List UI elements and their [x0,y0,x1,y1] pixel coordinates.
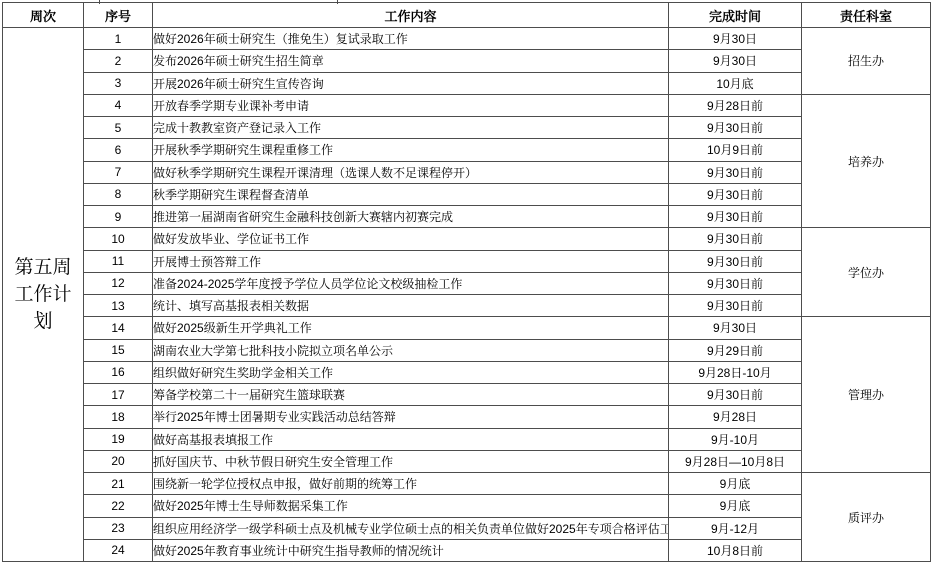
task-cell: 做好发放毕业、学位证书工作 [153,228,669,250]
table-row: 14做好2025级新生开学典礼工作9月30日管理办 [3,317,931,339]
department-cell: 招生办 [802,28,931,95]
col-header-deadline: 完成时间 [669,3,802,28]
row-number-cell: 13 [84,295,153,317]
row-number-cell: 22 [84,495,153,517]
task-cell: 围绕新一轮学位授权点申报，做好前期的统筹工作 [153,473,669,495]
row-number-cell: 12 [84,272,153,294]
table-row: 20抓好国庆节、中秋节假日研究生安全管理工作9月28日—10月8日 [3,450,931,472]
deadline-cell: 9月30日前 [669,384,802,406]
row-number-cell: 20 [84,450,153,472]
deadline-cell: 9月30日前 [669,183,802,205]
deadline-cell: 9月28日 [669,406,802,428]
table-row: 4开放春季学期专业课补考申请9月28日前培养办 [3,94,931,116]
row-number-cell: 10 [84,228,153,250]
deadline-cell: 9月30日前 [669,206,802,228]
row-number-cell: 5 [84,117,153,139]
table-body: 第五周工作计划1做好2026年硕士研究生（推免生）复试录取工作9月30日招生办2… [3,28,931,562]
deadline-cell: 9月30日前 [669,295,802,317]
table-row: 9推进第一届湖南省研究生金融科技创新大赛辖内初赛完成9月30日前 [3,206,931,228]
row-number-cell: 4 [84,94,153,116]
table-row: 6开展秋季学期研究生课程重修工作10月9日前 [3,139,931,161]
table-row: 8秋季学期研究生课程督查清单9月30日前 [3,183,931,205]
row-number-cell: 2 [84,50,153,72]
row-number-cell: 14 [84,317,153,339]
week-label-cell: 第五周工作计划 [3,28,84,562]
row-number-cell: 6 [84,139,153,161]
task-cell: 做好2026年硕士研究生（推免生）复试录取工作 [153,28,669,50]
deadline-cell: 9月底 [669,495,802,517]
deadline-cell: 9月28日—10月8日 [669,450,802,472]
table-row: 11开展博士预答辩工作9月30日前 [3,250,931,272]
row-number-cell: 21 [84,473,153,495]
task-cell: 开展2026年硕士研究生宣传咨询 [153,72,669,94]
table-row: 19做好高基报表填报工作9月-10月 [3,428,931,450]
row-number-cell: 24 [84,539,153,561]
task-cell: 统计、填写高基报表相关数据 [153,295,669,317]
table-row: 3开展2026年硕士研究生宣传咨询10月底 [3,72,931,94]
deadline-cell: 9月底 [669,473,802,495]
table-row: 5完成十教教室资产登记录入工作9月30日前 [3,117,931,139]
task-cell: 完成十教教室资产登记录入工作 [153,117,669,139]
deadline-cell: 9月30日 [669,50,802,72]
deadline-cell: 9月28日前 [669,94,802,116]
task-cell: 发布2026年硕士研究生招生简章 [153,50,669,72]
task-cell: 做好2025年博士生导师数据采集工作 [153,495,669,517]
task-cell: 开展秋季学期研究生课程重修工作 [153,139,669,161]
col-header-task: 工作内容 [153,3,669,28]
row-number-cell: 15 [84,339,153,361]
department-cell: 质评办 [802,473,931,562]
task-cell: 开放春季学期专业课补考申请 [153,94,669,116]
task-cell: 做好秋季学期研究生课程开课清理（选课人数不足课程停开） [153,161,669,183]
deadline-cell: 9月29日前 [669,339,802,361]
deadline-cell: 10月底 [669,72,802,94]
table-row: 18举行2025年博士团暑期专业实践活动总结答辩9月28日 [3,406,931,428]
table-row: 10做好发放毕业、学位证书工作9月30日前学位办 [3,228,931,250]
col-header-department: 责任科室 [802,3,931,28]
task-cell: 准备2024-2025学年度授予学位人员学位论文校级抽检工作 [153,272,669,294]
task-cell: 秋季学期研究生课程督查清单 [153,183,669,205]
row-number-cell: 11 [84,250,153,272]
table-row: 13统计、填写高基报表相关数据9月30日前 [3,295,931,317]
table-row: 15湖南农业大学第七批科技小院拟立项名单公示9月29日前 [3,339,931,361]
table-row: 7做好秋季学期研究生课程开课清理（选课人数不足课程停开）9月30日前 [3,161,931,183]
task-cell: 抓好国庆节、中秋节假日研究生安全管理工作 [153,450,669,472]
col-header-number: 序号 [84,3,153,28]
deadline-cell: 9月30日前 [669,161,802,183]
weekly-work-plan-table: 周次 序号 工作内容 完成时间 责任科室 第五周工作计划1做好2026年硕士研究… [2,2,931,562]
deadline-cell: 9月-10月 [669,428,802,450]
deadline-cell: 9月28日-10月 [669,361,802,383]
row-number-cell: 18 [84,406,153,428]
row-number-cell: 3 [84,72,153,94]
col-header-week: 周次 [3,3,84,28]
task-cell: 做好高基报表填报工作 [153,428,669,450]
task-cell: 组织做好研究生奖助学金相关工作 [153,361,669,383]
deadline-cell: 10月8日前 [669,539,802,561]
task-cell: 做好2025级新生开学典礼工作 [153,317,669,339]
row-number-cell: 17 [84,384,153,406]
row-number-cell: 8 [84,183,153,205]
row-number-cell: 19 [84,428,153,450]
task-cell: 湖南农业大学第七批科技小院拟立项名单公示 [153,339,669,361]
row-number-cell: 9 [84,206,153,228]
task-cell: 做好2025年教育事业统计中研究生指导教师的情况统计 [153,539,669,561]
deadline-cell: 9月30日前 [669,250,802,272]
deadline-cell: 9月-12月 [669,517,802,539]
table-row: 22做好2025年博士生导师数据采集工作9月底 [3,495,931,517]
table-row: 21围绕新一轮学位授权点申报，做好前期的统筹工作9月底质评办 [3,473,931,495]
table-row: 12准备2024-2025学年度授予学位人员学位论文校级抽检工作9月30日前 [3,272,931,294]
deadline-cell: 9月30日 [669,28,802,50]
table-row: 17筹备学校第二十一届研究生篮球联赛9月30日前 [3,384,931,406]
task-cell: 推进第一届湖南省研究生金融科技创新大赛辖内初赛完成 [153,206,669,228]
task-cell: 筹备学校第二十一届研究生篮球联赛 [153,384,669,406]
deadline-cell: 9月30日前 [669,228,802,250]
deadline-cell: 9月30日前 [669,272,802,294]
deadline-cell: 10月9日前 [669,139,802,161]
task-cell: 组织应用经济学一级学科硕士点及机械专业学位硕士点的相关负责单位做好2025年专项… [153,517,669,539]
department-cell: 培养办 [802,94,931,228]
week-label: 第五周工作计划 [12,254,74,335]
row-number-cell: 23 [84,517,153,539]
table-row: 23组织应用经济学一级学科硕士点及机械专业学位硕士点的相关负责单位做好2025年… [3,517,931,539]
deadline-cell: 9月30日前 [669,117,802,139]
table-row: 2发布2026年硕士研究生招生简章9月30日 [3,50,931,72]
task-cell: 举行2025年博士团暑期专业实践活动总结答辩 [153,406,669,428]
table-row: 16组织做好研究生奖助学金相关工作9月28日-10月 [3,361,931,383]
department-cell: 管理办 [802,317,931,473]
deadline-cell: 9月30日 [669,317,802,339]
department-cell: 学位办 [802,228,931,317]
task-cell: 开展博士预答辩工作 [153,250,669,272]
row-number-cell: 1 [84,28,153,50]
table-row: 24做好2025年教育事业统计中研究生指导教师的情况统计10月8日前 [3,539,931,561]
row-number-cell: 16 [84,361,153,383]
table-row: 第五周工作计划1做好2026年硕士研究生（推免生）复试录取工作9月30日招生办 [3,28,931,50]
table-header-row: 周次 序号 工作内容 完成时间 责任科室 [3,3,931,28]
row-number-cell: 7 [84,161,153,183]
